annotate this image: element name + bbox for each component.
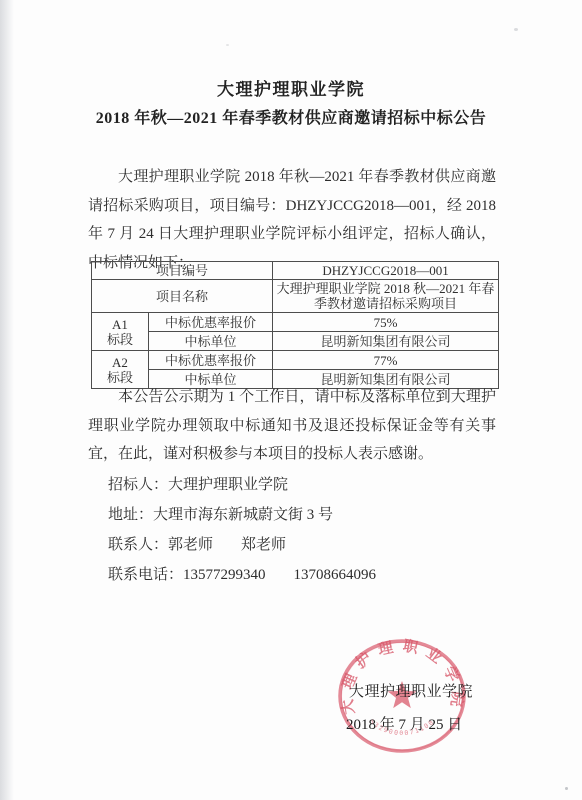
address-line: 地址：大理市海东新城蔚文街 3 号 — [108, 500, 376, 530]
section-a1-type: 标段 — [94, 332, 146, 347]
intro-paragraph: 大理护理职业学院 2018 年秋—2021 年春季教材供应商邀请招标采购项目，项… — [88, 163, 496, 277]
phone-line: 联系电话：1357729934013708664096 — [108, 560, 376, 590]
tenderer-line: 招标人：大理护理职业学院 — [108, 470, 376, 500]
a1-winner-label: 中标单位 — [149, 332, 273, 351]
award-result-table: 项目编号 DHZYJCCG2018—001 项目名称 大理护理职业学院 2018… — [91, 261, 499, 389]
person-label: 联系人： — [108, 537, 168, 553]
a1-rate-label: 中标优惠率报价 — [149, 313, 273, 332]
section-a2-code: A2 — [94, 355, 146, 370]
project-name-value: 大理护理职业学院 2018 秋—2021 年春季教材邀请招标采购项目 — [273, 280, 499, 313]
seal-arc-text: 大理护理职业学院 — [338, 637, 467, 715]
scan-speck — [565, 787, 568, 790]
contact-person-line: 联系人：郭老师郑老师 — [108, 530, 376, 560]
phone-2: 13708664096 — [294, 567, 377, 583]
document-subtitle: 2018 年秋—2021 年春季教材供应商邀请招标中标公告 — [0, 105, 582, 128]
table-row: 项目名称 大理护理职业学院 2018 秋—2021 年春季教材邀请招标采购项目 — [92, 280, 499, 313]
phone-label: 联系电话： — [108, 567, 183, 583]
section-a1-cell: A1 标段 — [92, 313, 149, 351]
a1-rate-value: 75% — [273, 313, 499, 332]
address-value: 大理市海东新城蔚文街 3 号 — [153, 507, 333, 523]
scan-speck — [514, 28, 518, 31]
a2-rate-value: 77% — [273, 351, 499, 370]
document-title: 大理护理职业学院 — [0, 75, 582, 100]
signature-org-name: 大理护理职业学院 — [349, 680, 479, 701]
scanned-document-page: 大理护理职业学院 2018 年秋—2021 年春季教材供应商邀请招标中标公告 大… — [0, 0, 582, 800]
project-code-value: DHZYJCCG2018—001 — [273, 262, 499, 280]
person-2: 郑老师 — [241, 537, 286, 553]
closing-paragraph: 本公告公示期为 1 个工作日，请中标及落标单位到大理护理职业学院办理领取中标通知… — [88, 383, 496, 469]
person-1: 郭老师 — [168, 537, 213, 553]
tenderer-value: 大理护理职业学院 — [168, 477, 288, 493]
table-row: A1 标段 中标优惠率报价 75% — [92, 313, 499, 332]
address-label: 地址： — [108, 507, 153, 523]
section-a1-code: A1 — [94, 317, 146, 332]
signature-date: 2018 年 7 月 25 日 — [346, 713, 476, 734]
tenderer-label: 招标人： — [108, 477, 168, 493]
project-code-label: 项目编号 — [92, 262, 273, 280]
table-row: 中标单位 昆明新知集团有限公司 — [92, 332, 499, 351]
table-row: 项目编号 DHZYJCCG2018—001 — [92, 262, 499, 280]
project-name-label: 项目名称 — [92, 280, 273, 313]
phone-1: 13577299340 — [183, 567, 266, 583]
contact-block: 招标人：大理护理职业学院 地址：大理市海东新城蔚文街 3 号 联系人：郭老师郑老… — [108, 470, 376, 590]
a2-rate-label: 中标优惠率报价 — [149, 351, 273, 370]
a1-winner-value: 昆明新知集团有限公司 — [273, 332, 499, 351]
table-row: A2 标段 中标优惠率报价 77% — [92, 351, 499, 370]
scan-speck — [226, 44, 229, 46]
